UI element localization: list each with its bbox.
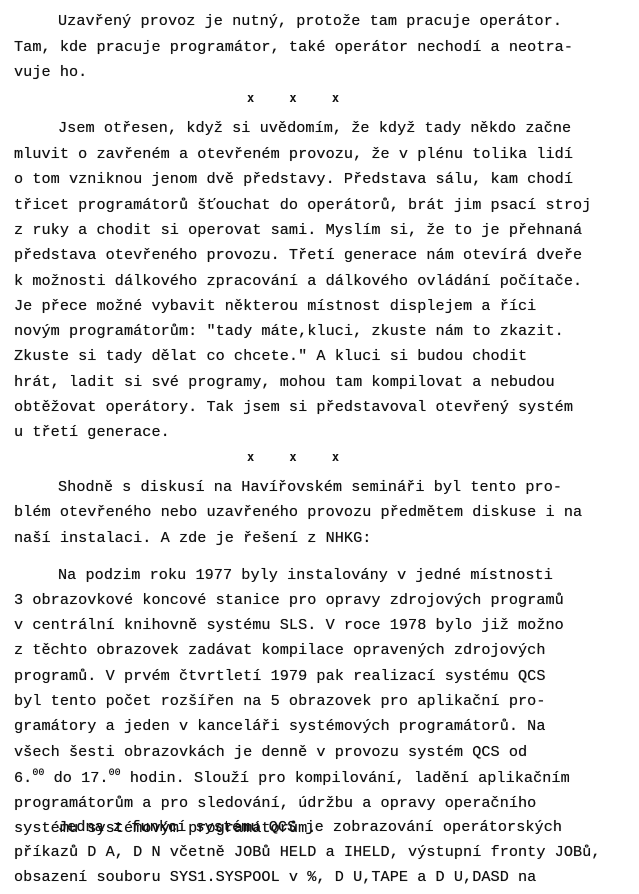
to-minutes: 00	[109, 768, 121, 779]
text-line: Jsem otřesen, když si uvědomím, že když …	[58, 119, 571, 137]
time-line: 6.00 do 17.00 hodin. Slouží pro kompilov…	[14, 769, 570, 787]
text-line: mluvit o zavřeném a otevřeném provozu, ž…	[14, 145, 573, 163]
text-line: z těchto obrazovek zadávat kompilace opr…	[14, 641, 546, 659]
text-line: Je přece možné vybavit některou místnost…	[14, 297, 536, 315]
text-line: obtěžovat operátory. Tak jsem si předsta…	[14, 398, 573, 416]
text-line: Shodně s diskusí na Havířovském semináři…	[58, 478, 562, 496]
text-line: programátorům a pro sledování, údržbu a …	[14, 794, 536, 812]
text-line: 3 obrazovkové koncové stanice pro opravy…	[14, 591, 564, 609]
text-line: obsazení souboru SYS1.SYSPOOL v %, D U,T…	[14, 868, 536, 886]
text-line: všech šesti obrazovkách je denně v provo…	[14, 743, 527, 761]
text-line: příkazů D A, D N včetně JOBů HELD a IHEL…	[14, 843, 601, 861]
text-line: byl tento počet rozšířen na 5 obrazovek …	[14, 692, 546, 710]
text-line: o tom vzniknou jenom dvě představy. Před…	[14, 170, 573, 188]
text-line: u třetí generace.	[14, 423, 170, 441]
text-line: gramátory a jeden v kanceláři systémovýc…	[14, 717, 546, 735]
section-separator: x x x	[0, 450, 600, 464]
text-line: vuje ho.	[14, 63, 87, 81]
text-line: novým programátorům: "tady máte,kluci, z…	[14, 322, 564, 340]
text-line: z ruky a chodit si operovat sami. Myslím…	[14, 221, 582, 239]
text-line: Jedna z funkcí systému QCS je zobrazován…	[58, 818, 562, 836]
text-line: v centrální knihovně systému SLS. V roce…	[14, 616, 564, 634]
text-line: třicet programátorů šťouchat do operátor…	[14, 196, 591, 214]
from-minutes: 00	[32, 768, 44, 779]
time-rest: hodin. Slouží pro kompilování, ladění ap…	[121, 769, 570, 787]
text-line: blém otevřeného nebo uzavřeného provozu …	[14, 503, 582, 521]
section-separator: x x x	[0, 91, 600, 105]
time-middle: do 17.	[44, 769, 108, 787]
text-line: Na podzim roku 1977 byly instalovány v j…	[58, 566, 553, 584]
from-hour: 6.	[14, 769, 32, 787]
text-line: hrát, ladit si své programy, mohou tam k…	[14, 373, 555, 391]
text-line: naší instalaci. A zde je řešení z NHKG:	[14, 529, 371, 547]
typewritten-page: Uzavřený provoz je nutný, protože tam pr…	[0, 0, 639, 894]
text-line: k možnosti dálkového zpracování a dálkov…	[14, 272, 582, 290]
text-line: Tam, kde pracuje programátor, také operá…	[14, 38, 573, 56]
text-line: Zkuste si tady dělat co chcete." A kluci…	[14, 347, 527, 365]
text-line: programů. V prvém čtvrtletí 1979 pak rea…	[14, 667, 546, 685]
text-line: Uzavřený provoz je nutný, protože tam pr…	[58, 12, 562, 30]
text-line: představa otevřeného provozu. Třetí gene…	[14, 246, 582, 264]
